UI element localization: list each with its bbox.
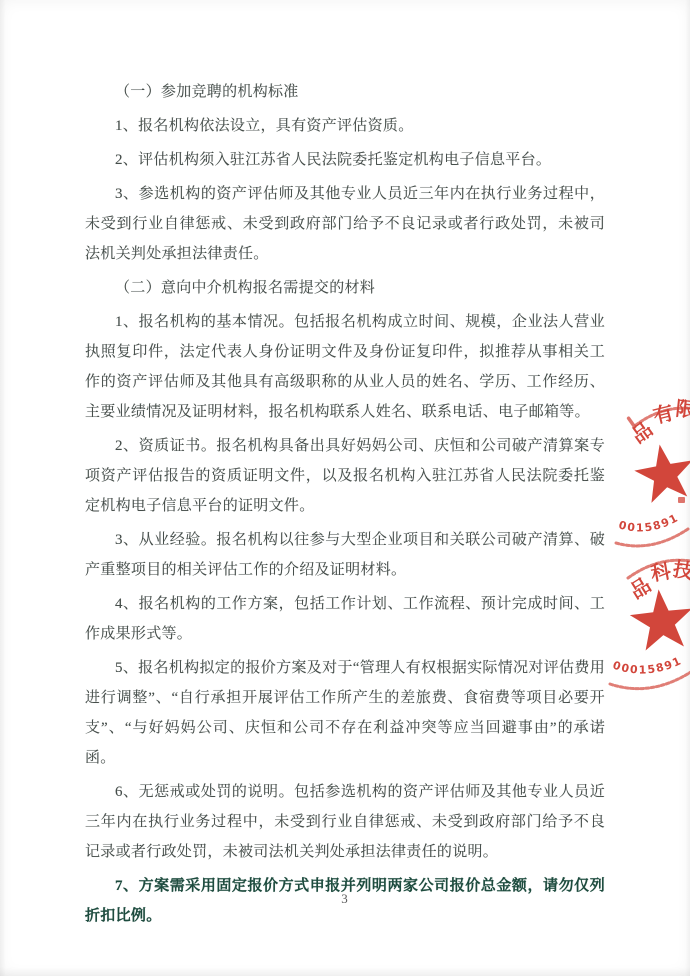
seal-serial-number: 0015891 [617,511,681,534]
page-number: 3 [0,891,690,907]
seal-micro-ring-top [628,560,690,578]
item-1-3: 3、参选机构的资产评估师及其他专业人员近三年内在执行业务过程中，未受到行业自律惩… [85,179,605,269]
item-2-5: 5、报名机构拟定的报价方案及对于“管理人有权根据实际情况对评估费用进行调整”、“… [85,653,605,773]
item-2-4: 4、报名机构的工作方案，包括工作计划、工作流程、预计完成时间、工作成果形式等。 [85,589,605,649]
item-2-6: 6、无惩戒或处罚的说明。包括参选机构的资产评估师及其他专业人员近三年内在执行业务… [85,777,605,867]
seal-arc-char: 有 [651,400,676,428]
seal-arc-char: 技 [671,557,690,584]
item-2-3: 3、从业经验。报名机构以往参与大型企业项目和关联公司破产清算、破产重整项目的相关… [85,525,605,585]
item-2-2: 2、资质证书。报名机构具备出具好妈妈公司、庆恒和公司破产清算案专项资产评估报告的… [85,431,605,521]
scanned-document-page: （一）参加竞聘的机构标准1、报名机构依法设立，具有资产评估资质。2、评估机构须入… [0,0,690,976]
item-2-1: 1、报名机构的基本情况。包括报名机构成立时间、规模，企业法人营业执照复印件，法定… [85,307,605,427]
heading-2: （二）意向中介机构报名需提交的材料 [85,273,605,303]
seal-company-2: 品 科 技 00015891 [610,557,690,689]
document-body: （一）参加竞聘的机构标准1、报名机构依法设立，具有资产评估资质。2、评估机构须入… [85,77,605,935]
seal-arc-char: 限 [675,397,690,422]
seal-micro-ring-bottom [616,529,688,546]
seal-company-1: 品 有 限 0015891 [616,397,690,546]
seal-serial-number: 00015891 [611,654,684,677]
item-1-2: 2、评估机构须入驻江苏省人民法院委托鉴定机构电子信息平台。 [85,145,605,175]
seal-ink-dot [678,497,685,503]
seal-micro-ring-top [636,408,690,425]
seal-arc-char: 品 [627,418,657,448]
seal-arc-char: 科 [649,558,674,585]
item-1-1: 1、报名机构依法设立，具有资产评估资质。 [85,111,605,141]
seal-partial-char-mark [626,416,637,429]
star-icon [631,439,690,504]
star-icon [627,586,690,652]
heading-1: （一）参加竞聘的机构标准 [85,77,605,107]
seal-micro-ring-bottom [610,670,690,689]
seal-arc-char: 品 [626,573,655,603]
